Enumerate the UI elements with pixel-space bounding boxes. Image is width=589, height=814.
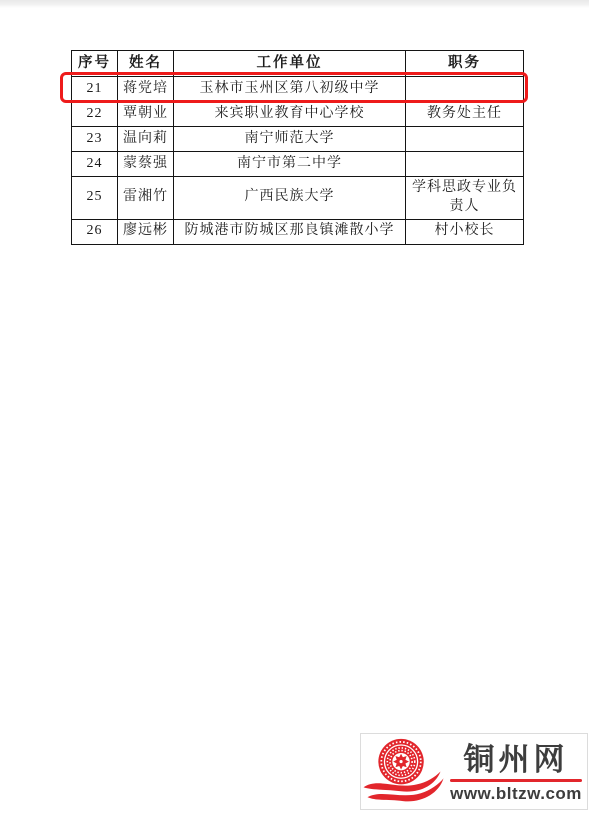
divider-line xyxy=(450,779,582,782)
table-row: 21 蒋党培 玉林市玉州区第八初级中学 xyxy=(72,77,524,102)
cell-title: 教务处主任 xyxy=(406,102,524,127)
cell-name: 廖远彬 xyxy=(118,219,174,244)
cell-title: 学科思政专业负责人 xyxy=(406,177,524,220)
header-no: 序号 xyxy=(72,51,118,77)
header-title: 职务 xyxy=(406,51,524,77)
watermark-text-block: 铜州网 www.bltzw.com xyxy=(449,744,583,802)
cell-unit: 防城港市防城区那良镇滩散小学 xyxy=(174,219,406,244)
cell-no: 22 xyxy=(72,102,118,127)
table-row: 25 雷湘竹 广西民族大学 学科思政专业负责人 xyxy=(72,177,524,220)
cell-unit: 广西民族大学 xyxy=(174,177,406,220)
cell-title xyxy=(406,127,524,152)
header-unit: 工作单位 xyxy=(174,51,406,77)
cell-no: 25 xyxy=(72,177,118,220)
cell-name: 蒙蔡强 xyxy=(118,152,174,177)
page-top-strip xyxy=(0,0,589,8)
cell-no: 23 xyxy=(72,127,118,152)
cell-unit: 玉林市玉州区第八初级中学 xyxy=(174,77,406,102)
page: { "theme": { "highlight-red": "#ee1b1b",… xyxy=(0,0,589,814)
cell-no: 21 xyxy=(72,77,118,102)
cell-title: 村小校长 xyxy=(406,219,524,244)
header-name: 姓名 xyxy=(118,51,174,77)
table-body: 21 蒋党培 玉林市玉州区第八初级中学 22 覃朝业 来宾职业教育中心学校 教务… xyxy=(72,77,524,245)
cell-unit: 南宁师范大学 xyxy=(174,127,406,152)
table-row: 24 蒙蔡强 南宁市第二中学 xyxy=(72,152,524,177)
table-row: 22 覃朝业 来宾职业教育中心学校 教务处主任 xyxy=(72,102,524,127)
site-url: www.bltzw.com xyxy=(450,785,582,802)
table-header-row: 序号 姓名 工作单位 职务 xyxy=(72,51,524,77)
cell-unit: 南宁市第二中学 xyxy=(174,152,406,177)
cell-no: 26 xyxy=(72,219,118,244)
roster-table: 序号 姓名 工作单位 职务 21 蒋党培 玉林市玉州区第八初级中学 22 覃朝业… xyxy=(71,50,524,245)
cell-name: 温向莉 xyxy=(118,127,174,152)
cell-unit: 来宾职业教育中心学校 xyxy=(174,102,406,127)
table-row: 23 温向莉 南宁师范大学 xyxy=(72,127,524,152)
table-row: 26 廖远彬 防城港市防城区那良镇滩散小学 村小校长 xyxy=(72,219,524,244)
cell-no: 24 xyxy=(72,152,118,177)
cell-name: 蒋党培 xyxy=(118,77,174,102)
site-watermark: 铜州网 www.bltzw.com xyxy=(360,733,588,810)
seal-emblem-icon xyxy=(361,733,449,810)
cell-name: 雷湘竹 xyxy=(118,177,174,220)
cell-title xyxy=(406,152,524,177)
site-name: 铜州网 xyxy=(464,744,569,775)
cell-title xyxy=(406,77,524,102)
cell-name: 覃朝业 xyxy=(118,102,174,127)
